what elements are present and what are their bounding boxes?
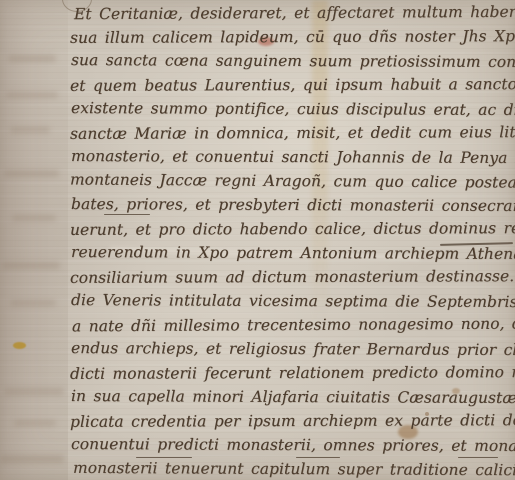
ochre-stain: [13, 342, 26, 349]
manuscript-line: monasterio, et conuentui sancti Johannis…: [71, 144, 515, 170]
show-through-smudge: [2, 262, 60, 269]
show-through-smudge: [10, 300, 56, 306]
manuscript-line: existente summo pontifice, cuius discipu…: [71, 96, 515, 122]
manuscript-line: consiliarium suum ad dictum monasterium …: [70, 264, 515, 290]
manuscript-line: plicata credentia per ipsum archiepm ex …: [70, 408, 515, 434]
manuscript-line: sanctæ Mariæ in domnica, misit, et dedit…: [70, 120, 515, 146]
manuscript-text-block: Et Ceritaniæ, desideraret, et affectaret…: [70, 1, 515, 480]
manuscript-line: endus archieps, et religiosus frater Ber…: [71, 336, 515, 362]
show-through-smudge: [8, 55, 56, 62]
manuscript-line: die Veneris intitulata vicesima septima …: [71, 288, 515, 314]
manuscript-line: sua illum calicem lapideum, cū quo dñs n…: [70, 24, 515, 50]
manuscript-line: montaneis Jaccæ regni Aragoñ, cum quo ca…: [70, 167, 515, 194]
show-through-smudge: [4, 388, 64, 395]
manuscript-line: Et Ceritaniæ, desideraret, et affectaret…: [74, 0, 515, 26]
show-through-smudge: [6, 92, 58, 98]
show-through-smudge: [0, 455, 64, 463]
manuscript-line: sua sancta cœna sanguinem suum pretiosis…: [71, 48, 515, 74]
manuscript-line: in sua capella minori Aljafaria ciuitati…: [71, 384, 515, 410]
manuscript-line: monasterii tenuerunt capitulum super tra…: [73, 456, 515, 480]
manuscript-line: et quem beatus Laurentius, qui ipsum hab…: [70, 72, 515, 98]
show-through-smudge: [12, 215, 56, 221]
manuscript-line: conuentui predicti monasterii, omnes pri…: [71, 432, 515, 458]
paper-left-edge-shading: [0, 0, 68, 480]
show-through-smudge: [10, 127, 50, 133]
show-through-smudge: [4, 170, 59, 177]
manuscript-line: a nate dñi millesimo trecentesimo nonage…: [72, 312, 515, 339]
manuscript-page: Et Ceritaniæ, desideraret, et affectaret…: [0, 0, 515, 480]
manuscript-line: dicti monasterii fecerunt relationem pre…: [70, 360, 515, 386]
show-through-smudge: [14, 420, 56, 426]
manuscript-line: uerunt, et pro dicto habendo calice, dic…: [70, 216, 515, 242]
